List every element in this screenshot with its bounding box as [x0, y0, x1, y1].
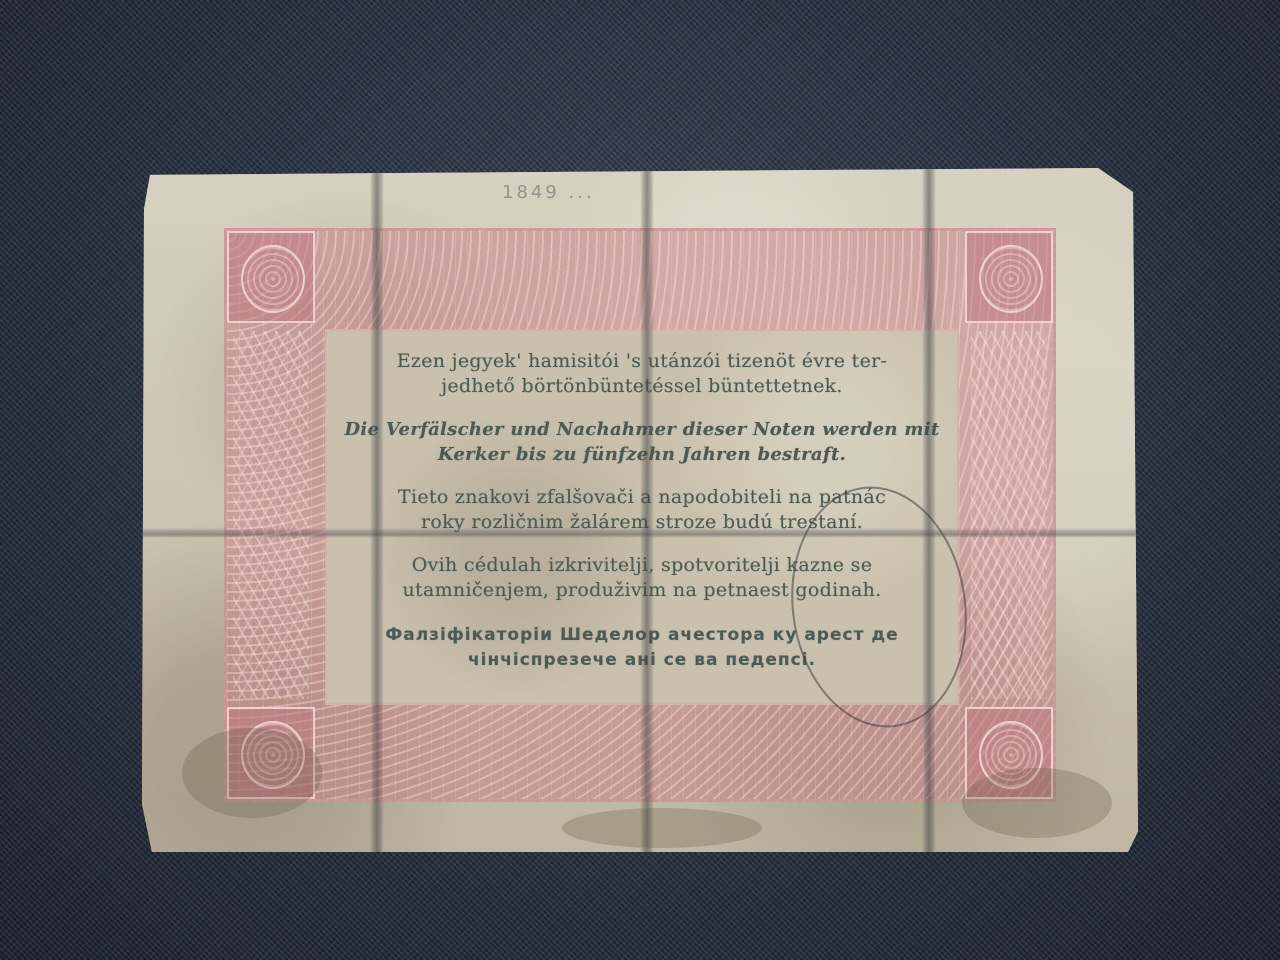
corner-rosette-top-left	[227, 231, 315, 323]
top-margin-handwriting: 1849 ...	[502, 182, 595, 203]
stain	[562, 808, 762, 848]
corner-rosette-top-right	[965, 231, 1053, 323]
vertical-fold-center	[640, 168, 654, 852]
stain	[182, 728, 322, 818]
vertical-fold-left	[370, 168, 384, 852]
banknote: 1849 ... Ezen jegyek' hamisitói 's utánz…	[142, 168, 1138, 852]
left-guilloche-band	[233, 331, 309, 699]
stain	[962, 768, 1112, 838]
right-guilloche-band	[971, 331, 1047, 699]
vertical-fold-right	[922, 168, 936, 852]
horizontal-fold	[142, 528, 1138, 538]
